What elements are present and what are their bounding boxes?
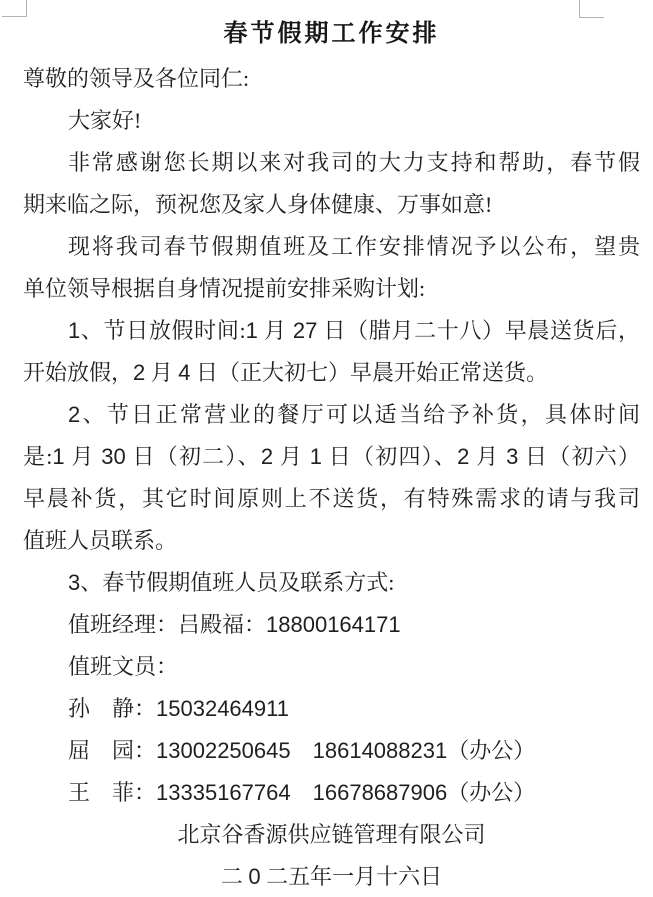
para-announcement-line1: 现将我司春节假期值班及工作安排情况予以公布，望贵 <box>23 226 640 268</box>
document-title: 春节假期工作安排 <box>23 20 640 48</box>
para-item2-line1: 2、节日正常营业的餐厅可以适当给予补货，具体时间 <box>23 394 640 436</box>
signature-date: 二 0 二五年一月十六日 <box>23 856 640 897</box>
margin-crop-mark-left <box>2 0 27 17</box>
salutation: 尊敬的领导及各位同仁: <box>23 58 640 100</box>
greeting: 大家好! <box>23 100 640 142</box>
duty-manager-contact: 值班经理：吕殿福：18800164171 <box>23 604 640 646</box>
para-item2-line2: 是:1 月 30 日（初二）、2 月 1 日（初四）、2 月 3 日（初六） <box>23 436 640 478</box>
duty-clerks-label: 值班文员： <box>23 646 640 688</box>
para-announcement-line2: 单位领导根据自身情况提前安排采购计划: <box>23 268 640 310</box>
margin-crop-mark-right <box>579 0 604 18</box>
clerk-contact-qu-yuan: 屈 园：13002250645 18614088231（办公） <box>23 730 640 772</box>
signature-company: 北京谷香源供应链管理有限公司 <box>23 814 640 856</box>
para-item3: 3、春节假期值班人员及联系方式: <box>23 562 640 604</box>
para-item1-line1: 1、节日放假时间:1 月 27 日（腊月二十八）早晨送货后， <box>23 310 640 352</box>
para-item2-line3: 早晨补货，其它时间原则上不送货，有特殊需求的请与我司 <box>23 478 640 520</box>
document-page: 春节假期工作安排 尊敬的领导及各位同仁: 大家好! 非常感谢您长期以来对我司的大… <box>0 0 653 897</box>
clerk-contact-wang-fei: 王 菲：13335167764 16678687906（办公） <box>23 772 640 814</box>
clerk-contact-sun-jing: 孙 静：15032464911 <box>23 688 640 730</box>
document-body: 尊敬的领导及各位同仁: 大家好! 非常感谢您长期以来对我司的大力支持和帮助，春节… <box>0 58 653 897</box>
para-item1-line2: 开始放假，2 月 4 日（正大初七）早晨开始正常送货。 <box>23 352 640 394</box>
para-thanks-line1: 非常感谢您长期以来对我司的大力支持和帮助，春节假 <box>23 142 640 184</box>
para-item2-line4: 值班人员联系。 <box>23 520 640 562</box>
para-thanks-line2: 期来临之际，预祝您及家人身体健康、万事如意! <box>23 184 640 226</box>
